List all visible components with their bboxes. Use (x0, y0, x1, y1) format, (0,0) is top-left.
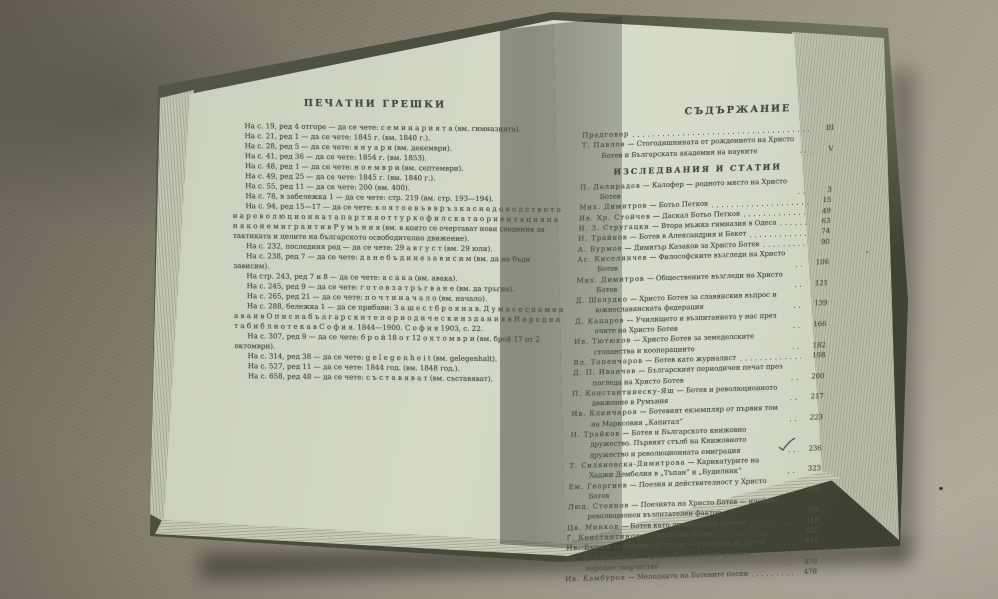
toc-author: Ив. Камбуров (565, 574, 626, 584)
toc-list: П. Делирадев — Калофер — родното място н… (565, 175, 832, 585)
toc-page-number: 419 (799, 515, 819, 526)
toc-author: Н. Трайков (571, 430, 621, 440)
toc-page-number: 15 (811, 195, 831, 206)
photo-scene: ПЕЧАТНИ ГРЕШКИ На с. 19, ред 4 отгоре — … (0, 0, 998, 599)
toc-author: П. Константинеску-Яш (572, 387, 675, 398)
toc-separator: — (625, 573, 637, 581)
toc-separator: — (611, 543, 623, 551)
toc-separator: — (622, 244, 634, 252)
toc-separator: — (647, 253, 659, 261)
toc-separator: — (624, 316, 636, 324)
toc-page-number: 223 (803, 412, 823, 423)
toc-section-title: ИЗСЛЕДВАНИЯ И СТАТИИ (581, 160, 815, 177)
toc-separator: — (643, 356, 655, 364)
contents-page-text: СЪДЪРЖАНИЕ ПредговорIIIТ. Павлов — Стого… (565, 102, 835, 585)
toc-author: Д. Шелудко (576, 295, 628, 305)
toc-page-number: 121 (808, 278, 828, 289)
toc-dot-leader (790, 420, 800, 421)
toc-author: Н. Трайков (578, 234, 628, 244)
toc-dot-leader (786, 513, 796, 514)
toc-page-number: 63 (810, 216, 830, 227)
toc-page-number: 470 (797, 556, 817, 567)
toc-dot-leader (793, 348, 803, 349)
toc-page-number: 323 (801, 463, 821, 474)
toc-separator: — (620, 429, 632, 437)
toc-dot-leader (791, 379, 801, 380)
toc-page-number: 236 (802, 443, 822, 454)
toc-page-number: V (813, 143, 833, 154)
toc-page-number: 478 (797, 567, 817, 578)
toc-title-text: Мелодиите на Ботевите песни (637, 570, 749, 582)
surface-speck (939, 487, 943, 490)
toc-author: Ив. Клинчаров (571, 408, 637, 418)
toc-dot-leader (796, 265, 806, 266)
toc-page-number: 217 (804, 391, 824, 402)
toc-title-text: Ботьо Петков (659, 200, 709, 210)
toc-separator: — (647, 202, 659, 210)
toc-page-number: 49 (811, 206, 831, 217)
surface-speck (866, 251, 868, 253)
toc-author: Д. Кацаров (575, 316, 625, 326)
toc-page-number: 370 (800, 484, 820, 495)
toc-separator: — (627, 233, 639, 241)
toc-dot-leader (791, 399, 801, 400)
toc-page-number: 451 (798, 536, 818, 547)
toc-author: Т. Павлов (582, 141, 626, 150)
toc-author: Ем. Георгиев (569, 481, 628, 491)
toc-page-number: 394 (799, 505, 819, 516)
toc-separator: — (629, 501, 641, 509)
toc-page-number: 166 (806, 319, 826, 330)
toc-dot-leader (769, 544, 795, 546)
toc-author: Д. П. Иванчев (573, 367, 636, 377)
toc-author: Ив. Бурин (566, 543, 611, 552)
toc-page-number: 3 (811, 185, 831, 196)
toc-dot-leader (795, 286, 805, 287)
toc-dot-leader (784, 564, 794, 565)
toc-page-number: 90 (809, 237, 829, 248)
toc-dot-leader (787, 492, 797, 493)
toc-dot-leader (793, 327, 803, 328)
toc-author: Цв. Минков (567, 522, 619, 532)
toc-page-number: III (814, 123, 834, 134)
toc-separator: — (625, 140, 637, 148)
toc-separator: — (631, 336, 643, 344)
toc-separator: — (644, 274, 656, 282)
toc-author: Люд. Стоянов (568, 501, 630, 511)
toc-author: П. Делирадев (580, 182, 641, 192)
toc-page-number: 200 (804, 371, 824, 382)
toc-dot-leader (752, 575, 794, 577)
toc-author: А. Бурмов (578, 244, 623, 253)
toc-front-list: ПредговорIIIТ. Павлов — Стогодишнината о… (581, 123, 834, 162)
toc-separator: — (685, 458, 697, 466)
errata-entry: На с. 94, ред 15—17 — да се чете: к о я … (232, 201, 563, 245)
toc-separator: — (641, 181, 653, 189)
errata-page-text: ПЕЧАТНИ ГРЕШКИ На с. 19, ред 4 отгоре — … (231, 97, 565, 385)
toc-page-number: 74 (810, 226, 830, 237)
toc-author: Мих. Димитров (576, 274, 644, 284)
toc-separator: — (637, 408, 649, 416)
toc-dot-leader (788, 471, 798, 472)
toc-dot-leader (780, 224, 807, 226)
toc-dot-leader (799, 193, 809, 194)
toc-separator: — (627, 480, 639, 488)
toc-author: Хр. Вакарелски (566, 553, 636, 563)
toc-separator: — (651, 212, 663, 220)
errata-list: На с. 19, ред 4 отгоре — да се чете: с е… (231, 121, 565, 385)
toc-page-number: 198 (805, 350, 825, 361)
toc-separator: — (675, 386, 687, 394)
toc-separator: — (635, 552, 647, 560)
toc-dot-leader (800, 151, 810, 152)
toc-dot-leader (794, 306, 804, 307)
toc-author: Предговор (582, 130, 629, 139)
toc-author: Ас. Киселинчев (577, 254, 647, 264)
toc-page-number: 182 (806, 340, 826, 351)
toc-title-text: Стилът на Ботев (652, 530, 713, 540)
toc-separator: — (640, 532, 652, 540)
pen-checkmark-icon (777, 437, 799, 453)
toc-separator: — (628, 295, 640, 303)
toc-dot-leader (750, 523, 796, 525)
errata-title: ПЕЧАТНИ ГРЕШКИ (231, 97, 519, 112)
toc-separator: — (619, 522, 631, 530)
toc-page-number: 106 (809, 257, 829, 268)
errata-entry: На с. 288, бележка 1 — да се прибави: З … (234, 301, 564, 335)
toc-page-number: 425 (798, 525, 818, 536)
toc-page-number: 139 (807, 298, 827, 309)
toc-author: Ив. Тютюков (574, 336, 631, 346)
toc-dot-leader (763, 245, 806, 247)
